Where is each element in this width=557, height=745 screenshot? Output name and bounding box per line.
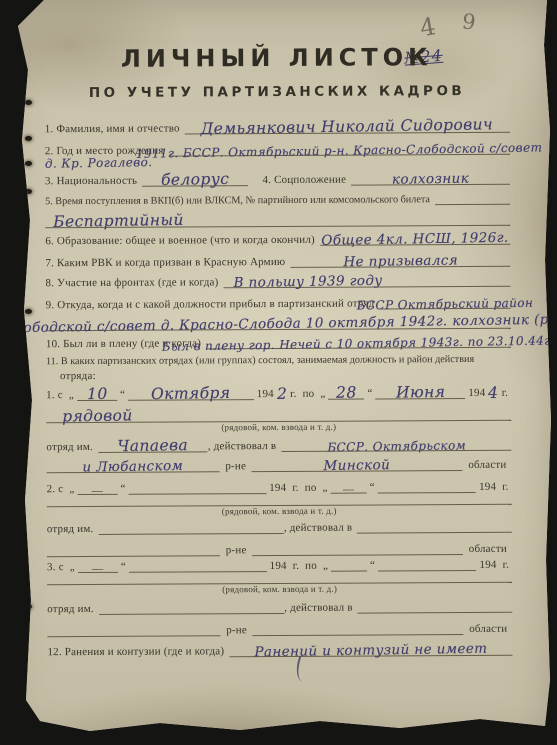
field-social-label: 4. Соцположение (248, 174, 351, 187)
entry-1-rank-line: рядовой (рядовой, ком. взвода и т. д.) (46, 403, 511, 423)
entry-1-acted: БССР. Октябрьском (327, 439, 466, 453)
service-entry-3-district-row: р-не области (47, 619, 512, 637)
acted-label: , действовал в (208, 440, 281, 452)
field-education-row: 6. Образование: общее и военное (что и к… (45, 229, 510, 247)
field-origin-value: БССР Октябрьский район (357, 297, 534, 312)
entry-2-acted-line (357, 517, 512, 534)
unit-label: отряд им. (47, 603, 99, 615)
entry-2-region-line (251, 539, 462, 556)
field-fronts-row: 8. Участие на фронтах (где и когда) В по… (45, 271, 510, 289)
year-suffix: г. (287, 388, 299, 400)
field-education-label: 6. Образование: общее и военное (что и к… (45, 234, 320, 247)
form-title: ЛИЧНЫЙ ЛИСТОК (0, 43, 555, 74)
field-units-header2: отряда: (46, 368, 511, 382)
field-nationality-value: белорус (161, 171, 229, 188)
field-origin-row: 9. Откуда, когда и с какой должности при… (46, 293, 511, 311)
year-prefix: 194 (254, 388, 277, 400)
field-party-label: 5. Время поступления в ВКП(б) или ВЛКСМ,… (45, 194, 435, 207)
field-fronts-value: В польшу 1939 году (233, 274, 382, 290)
field-captivity-line: Был в плену гор. Нечей с 10 октября 1943… (206, 332, 511, 350)
service-entry-3-unit-row: отряд им. , действовал в (47, 597, 512, 615)
field-rvk-row: 7. Каким РВК и когда призван в Красную А… (45, 251, 510, 269)
entry-1-region-line: Минской (251, 455, 462, 472)
entry-2-district-line (47, 540, 220, 557)
unit-label: отряд им. (46, 441, 98, 453)
entry-1-district: и Любанском (82, 459, 183, 474)
acted-label: , действовал в (284, 522, 357, 534)
field-origin-line2: Красно-Слободской с/совет д. Красно-Слоб… (46, 311, 511, 331)
field-birth-value-line2: д. Кр. Рогалево. (45, 156, 153, 170)
entry-1-year-digit: 2 (277, 386, 288, 402)
rank-caption: (рядовой, ком. взвода и т. д.) (47, 583, 512, 595)
field-captivity-value: Был в плену гор. Нечей с 10 октября 1943… (162, 334, 555, 352)
region-label: области (462, 459, 511, 471)
entry-1-day2: 28 (336, 385, 357, 401)
field-party-row2: Беспартийный (45, 207, 510, 228)
field-social-value: колхозник (392, 172, 469, 187)
field-fronts-label: 8. Участие на фронтах (где и когда) (45, 276, 223, 289)
field-party-value-line: Беспартийный (45, 207, 510, 228)
field-origin-label: 9. Откуда, когда и с какой должности при… (46, 297, 380, 311)
rank-caption: (рядовой, ком. взвода и т. д.) (47, 505, 512, 517)
entry-1-year-digit2: 4 (488, 385, 499, 401)
field-units-label-line2: отряда: (46, 370, 101, 382)
field-party-line (435, 189, 510, 205)
entry-1-day-line: 10 (77, 385, 117, 401)
entry-1-from-token: с (55, 389, 66, 401)
field-wounds-value: Ранений и контузий не имеет (254, 642, 487, 659)
field-social-line: колхозник (351, 169, 510, 186)
entry-3-unit-line (99, 598, 285, 615)
year-suffix: г. (499, 387, 511, 399)
entry-3-district-line (47, 620, 220, 637)
field-nationality-row: 3. Национальность белорус 4. Соцположени… (45, 169, 510, 187)
field-rvk-line: Не призывался (290, 251, 510, 268)
service-entry-1-district-row: и Любанском р-не Минской области (46, 455, 511, 473)
pencil-mark-1: 4 (418, 12, 438, 42)
district-label: р-не (220, 624, 252, 636)
service-entry-1-unit-row: отряд им. Чапаева , действовал в БССР. О… (46, 435, 511, 453)
scanned-form-sheet: 4 9 №24 ЛИЧНЫЙ ЛИСТОК ПО УЧЕТУ ПАРТИЗАНС… (0, 0, 557, 745)
field-surname-line: Демьянкович Николай Сидорович (185, 117, 510, 135)
field-origin-row2: Красно-Слободской с/совет д. Красно-Слоб… (46, 311, 511, 331)
entry-3-region-line (252, 619, 463, 636)
rank-caption: (рядовой, ком. взвода и т. д.) (46, 421, 511, 433)
quote-close: “ (117, 389, 128, 401)
to-token: по (300, 388, 318, 400)
district-label: р-не (219, 460, 251, 472)
entry-1-day: 10 (87, 386, 108, 402)
year-prefix: 194 (465, 387, 488, 399)
field-captivity-row: 10. Был ли в плену (где и когда) Был в п… (46, 332, 511, 350)
entry-1-acted-line: БССР. Октябрьском (281, 435, 511, 452)
entry-1-district-line: и Любанском (46, 456, 219, 473)
field-party-row: 5. Время поступления в ВКП(б) или ВЛКСМ,… (45, 189, 510, 207)
field-nationality-line: белорус (142, 170, 248, 187)
entry-2-unit-line (98, 518, 284, 535)
entry-1-unit-line: Чапаева (98, 436, 208, 453)
service-entry-2-unit-row: отряд им. , действовал в (47, 517, 512, 535)
entry-1-month2-line: Июня (375, 383, 465, 399)
unit-label: отряд им. (47, 523, 99, 535)
entry-3-rank-line: (рядовой, ком. взвода и т. д.) (47, 567, 512, 585)
entry-1-month-line: Октября (128, 384, 254, 401)
entry-1-day2-line: 28 (328, 384, 364, 400)
field-wounds-label: 12. Ранения и контузии (где и когда) (47, 645, 229, 658)
field-birth-row2: д. Кр. Рогалево. (45, 153, 510, 167)
field-wounds-line: Ранений и контузий не имеет (229, 640, 512, 657)
service-entry-3-rank-row: (рядовой, ком. взвода и т. д.) (47, 567, 512, 585)
form-content: 4 9 №24 ЛИЧНЫЙ ЛИСТОК ПО УЧЕТУ ПАРТИЗАНС… (0, 0, 557, 745)
pencil-mark-2: 9 (461, 9, 477, 35)
entry-1-month: Октября (151, 385, 231, 402)
field-party-value: Беспартийный (53, 212, 184, 230)
field-surname-row: 1. Фамилия, имя и отчество Демьянкович Н… (45, 117, 510, 135)
field-surname-label: 1. Фамилия, имя и отчество (45, 122, 185, 135)
entry-3-acted-line (358, 597, 513, 614)
quote-close: “ (364, 387, 375, 399)
region-label: области (463, 543, 512, 555)
quote-open: „ (66, 389, 77, 401)
field-units-label: 11. В каких партизанских отрядах (или гр… (46, 354, 479, 367)
service-entry-1-dates: 1. с „ 10 “ Октября 194 2 г. по „ 28 “ И… (46, 383, 511, 401)
region-label: области (463, 623, 512, 635)
entry-1-unit: Чапаева (117, 438, 188, 455)
form-subtitle: ПО УЧЕТУ ПАРТИЗАНСКИХ КАДРОВ (0, 83, 556, 102)
entry-1-region: Минской (323, 459, 390, 474)
entry-1-month2: Июня (396, 384, 445, 400)
field-nationality-label: 3. Национальность (45, 175, 142, 188)
service-entry-1-rank-row: рядовой (рядовой, ком. взвода и т. д.) (46, 403, 511, 423)
service-entry-2-rank-row: (рядовой, ком. взвода и т. д.) (47, 489, 512, 507)
field-origin-line: БССР Октябрьский район (379, 293, 510, 310)
field-units-header: 11. В каких партизанских отрядах (или гр… (46, 354, 511, 367)
acted-label: , действовал в (284, 602, 357, 614)
district-label: р-не (220, 544, 252, 556)
quote-open: „ (317, 388, 328, 400)
field-wounds-row: 12. Ранения и контузии (где и когда) Ран… (47, 640, 512, 658)
entry-2-rank-line: (рядовой, ком. взвода и т. д.) (47, 489, 512, 507)
field-rvk-value: Не призывался (343, 254, 458, 269)
field-rvk-label: 7. Каким РВК и когда призван в Красную А… (45, 256, 290, 269)
entry-1-number: 1. (46, 389, 55, 401)
field-surname-value: Демьянкович Николай Сидорович (201, 117, 494, 137)
field-education-value: Общее 4кл. НСШ, 1926г. (321, 231, 508, 247)
field-education-line: Общее 4кл. НСШ, 1926г. (320, 229, 511, 246)
field-fronts-line: В польшу 1939 году (223, 271, 510, 289)
